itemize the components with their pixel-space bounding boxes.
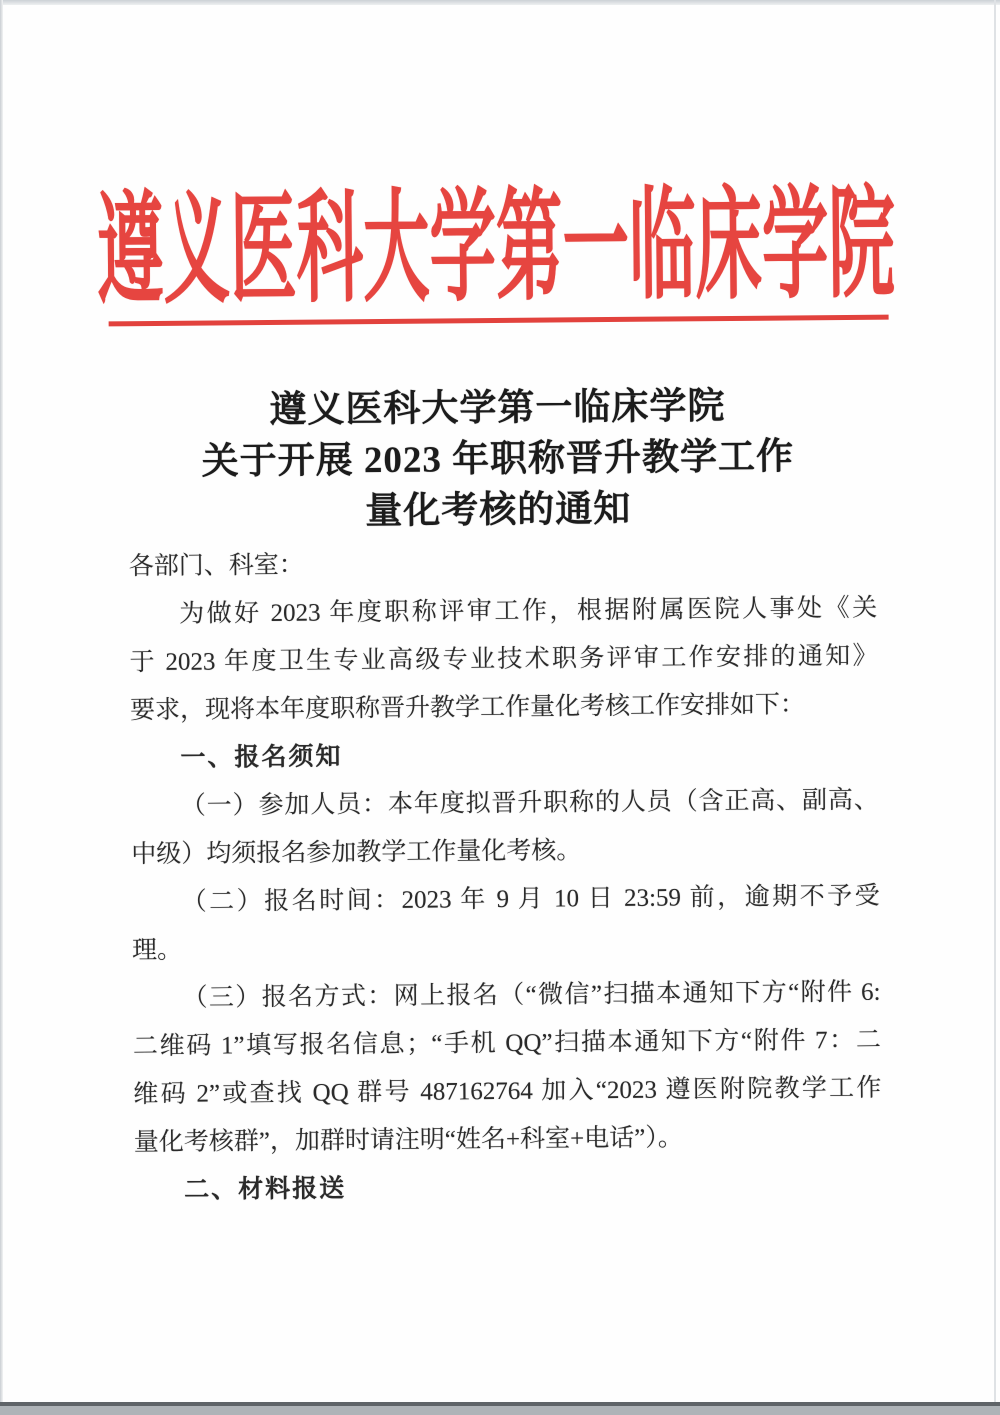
title-line-1: 遵义医科大学第一临床学院 — [0, 379, 998, 439]
scanned-notice-page: 遵义医科大学第一临床学院 遵义医科大学第一临床学院 关于开展 2023 年职称晋… — [0, 0, 1000, 1415]
body-line: 要求，现将本年度职称晋升教学工作量化考核工作安排如下： — [130, 681, 878, 736]
body-line: 中级）均须报名参加教学工作量化考核。 — [131, 825, 879, 880]
body-line: 维码 2”或查找 QQ 群号 487162764 加入“2023 遵医附院教学工… — [133, 1065, 881, 1120]
section-heading: 二、材料报送 — [134, 1161, 882, 1216]
letterhead: 遵义医科大学第一临床学院 — [0, 182, 997, 317]
body-line: （三）报名方式：网上报名（“微信”扫描本通知下方“附件 6: — [132, 969, 880, 1024]
body-line: 理。 — [132, 921, 880, 976]
body-line: （一）参加人员：本年度拟晋升职称的人员（含正高、副高、 — [131, 777, 879, 832]
body-line: 为做好 2023 年度职称评审工作，根据附属医院人事处《关 — [129, 585, 877, 640]
document-title: 遵义医科大学第一临床学院 关于开展 2023 年职称晋升教学工作 量化考核的通知 — [0, 379, 998, 541]
page-content: 遵义医科大学第一临床学院 遵义医科大学第一临床学院 关于开展 2023 年职称晋… — [0, 0, 1000, 1415]
body-line: 量化考核群”，加群时请注明“姓名+科室+电话”）。 — [134, 1113, 882, 1168]
body-line: 各部门、科室： — [129, 537, 877, 592]
body-line: 二维码 1”填写报名信息；“手机 QQ”扫描本通知下方“附件 7：二 — [133, 1017, 881, 1072]
document-body: 各部门、科室：为做好 2023 年度职称评审工作，根据附属医院人事处《关于 20… — [129, 537, 883, 1216]
section-heading: 一、报名须知 — [130, 729, 878, 784]
body-line: 于 2023 年度卫生专业高级专业技术职务评审工作安排的通知》 — [129, 633, 877, 688]
title-line-2: 关于开展 2023 年职称晋升教学工作 — [0, 430, 998, 490]
body-line: （二）报名时间：2023 年 9 月 10 日 23:59 前，逾期不予受 — [131, 873, 879, 928]
letterhead-org-name: 遵义医科大学第一临床学院 — [97, 185, 896, 314]
title-line-3: 量化考核的通知 — [0, 481, 998, 541]
